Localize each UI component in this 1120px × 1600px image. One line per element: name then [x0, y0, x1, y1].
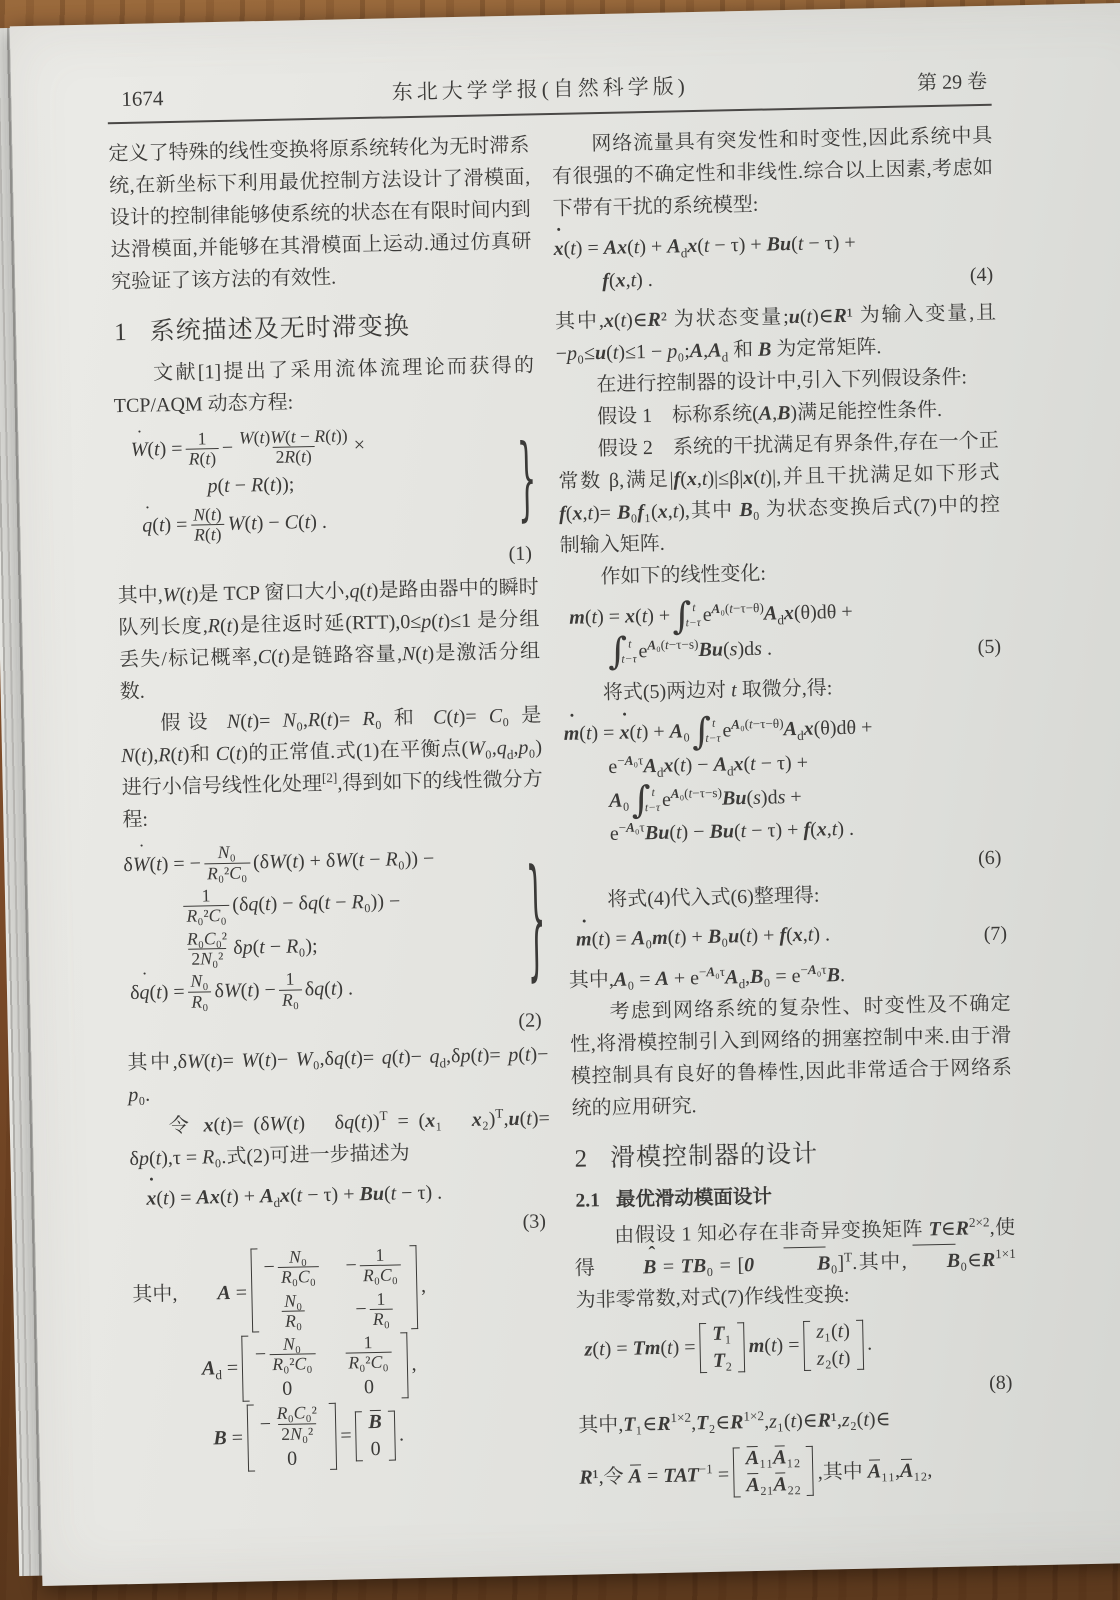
matrix-cell: 0 [287, 1447, 297, 1470]
equation-inline-matrix: R¹,令 A = TAT−1 = A₁₁A₁₂A₂₁A₂₂,其中 A₁₁,A₁₂… [579, 1438, 1021, 1503]
section-number: 2.1 [575, 1190, 600, 1212]
equation-line: m(t) = x(t) + ∫tt−τeA₀(t−τ−θ)Adx(θ)dθ + [569, 594, 1003, 634]
matrix-cell: T₁ [712, 1322, 732, 1345]
integral-sign: ∫tt−τ [631, 784, 660, 816]
two-column-body: 定义了特殊的线性变换将原系统转化为无时滞系统,在新坐标下利用最优控制方法设计了滑… [108, 120, 1021, 1519]
equation-line: W(t) = 1R(t) − W(t)W(t − R(t))2R(t) × [130, 423, 511, 471]
matrix: A₁₁A₁₂A₂₁A₂₂ [733, 1446, 815, 1498]
matrix-cell: A₁₁A₁₂ [746, 1446, 801, 1470]
page-number: 1674 [121, 86, 164, 112]
matrix: − N₀R₀C₀− 1R₀C₀N₀R₀− 1R₀ [250, 1245, 418, 1332]
equation-1: W(t) = 1R(t) − W(t)W(t − R(t))2R(t) ×p(t… [114, 419, 538, 574]
equation-line: z(t) = Tm(t) = T₁T₂m(t) = z₁(t)z₂(t). [584, 1316, 1018, 1375]
section-2-1-heading: 2.1最优滑动模面设计 [575, 1175, 1014, 1212]
fraction: 1R₀ [278, 970, 302, 1010]
matrix-cell: z₂(t) [817, 1347, 851, 1371]
paragraph: 令 x(t)= (δW(t) δq(t))T = (x₁ x₂)T,u(t)= … [129, 1102, 551, 1175]
matrix-cell: − 1R₀ [355, 1289, 396, 1330]
running-header: 1674 东北大学学报(自然科学版) 第 29 卷 [107, 64, 992, 125]
paragraph: 考虑到网络系统的复杂性、时变性及不确定性,将滑模控制引入到网络的拥塞控制中来.由… [569, 987, 1013, 1124]
section-title: 系统描述及无时滞变换 [149, 313, 410, 345]
equation-5: m(t) = x(t) + ∫tt−τeA₀(t−τ−θ)Adx(θ)dθ +∫… [561, 591, 1003, 672]
equation-line: ∫tt−τeA₀(t−τ−s)Bu(s)ds . [606, 628, 1004, 668]
scanned-journal-page: { "colors":{"paper":"#e5e5e1","ink":"#3b… [0, 0, 1120, 1600]
paragraph: 由假设 1 知必存在非奇异变换矩阵 T∈R2×2,使得 B = TB₀ = [0… [574, 1211, 1017, 1316]
equation-line: Ad = − N₀R₀²C₀1R₀²C₀00, [201, 1329, 555, 1403]
matrix-cell: − R₀C₀²2N₀² [259, 1403, 323, 1444]
paper-sheet: 1674 东北大学学报(自然科学版) 第 29 卷 定义了特殊的线性变换将原系统… [10, 2, 1120, 1586]
fraction: N₀R₀ [281, 1291, 306, 1331]
equation-line: δW(t) = − N₀R₀²C₀(δW(t) + δW(t − R₀)) − [123, 837, 520, 885]
matrix-cell: 1R₀²C₀ [342, 1332, 395, 1373]
equation-line: x(t) = Ax(t) + Adx(t − τ) + Bu(t − τ) + [553, 225, 995, 264]
fraction: 1R₀ [369, 1289, 393, 1329]
matrix-cell: − 1R₀C₀ [345, 1245, 404, 1286]
equation-line: f(x,t) . [602, 258, 996, 296]
fraction: 1R₀²C₀ [183, 886, 230, 927]
matrix-cell: 0 [282, 1378, 292, 1401]
fraction: W(t)W(t − R(t))2R(t) [236, 426, 351, 468]
right-column: 网络流量具有突发性和时变性,因此系统中具有很强的不确定性和非线性.综合以上因素,… [551, 120, 1021, 1510]
equation-line: 1R₀²C₀(δq(t) − δq(t − R₀)) − [180, 880, 521, 927]
equation-line: p(t − R(t)); [207, 466, 511, 502]
paragraph: 将式(5)两边对 t 取微分,得: [563, 669, 1005, 710]
fraction: 1R₀²C₀ [345, 1332, 392, 1373]
page-content: 1674 东北大学学报(自然科学版) 第 29 卷 定义了特殊的线性变换将原系统… [107, 64, 1021, 1519]
integral-sign: ∫tt−τ [692, 715, 721, 747]
paragraph-assumption-2: 假设 2 系统的干扰满足有界条件,存在一个正常数 β,满足|f(x,t)|≤β|… [557, 425, 1001, 562]
paragraph: 网络流量具有突发性和时变性,因此系统中具有很强的不确定性和非线性.综合以上因素,… [551, 120, 994, 225]
volume-label: 第 29 卷 [917, 65, 988, 95]
equation-line: e−A₀τBu(t) − Bu(t − τ) + f(x,t) . [610, 811, 1008, 849]
integral-sign: ∫tt−τ [672, 600, 701, 632]
paragraph: 将式(4)代入式(6)整理得: [567, 875, 1009, 916]
equation-line: 其中, A = − N₀R₀C₀− 1R₀C₀N₀R₀− 1R₀, [131, 1242, 554, 1334]
matrix-cell: 0 [364, 1376, 374, 1399]
integral-sign: ∫tt−τ [608, 636, 637, 668]
matrix: T₁T₂ [699, 1322, 745, 1373]
paragraph: 文献[1]提出了采用流体流理论而获得的 TCP/AQM 动态方程: [113, 349, 535, 422]
equation-8: z(t) = Tm(t) = T₁T₂m(t) = z₁(t)z₂(t).(8) [576, 1313, 1019, 1403]
fraction: 1R(t) [185, 429, 219, 469]
paragraph: 假设 N(t)= N₀,R(t)= R₀ 和 C(t)= C₀ 是 N(t),R… [120, 700, 544, 837]
equation-line: x(t) = Ax(t) + Adx(t − τ) + Bu(t − τ) . [146, 1175, 552, 1213]
equation-matrices: 其中, A = − N₀R₀C₀− 1R₀C₀N₀R₀− 1R₀,Ad = − … [131, 1239, 557, 1477]
section-title: 最优滑动模面设计 [616, 1185, 772, 1210]
section-number: 1 [114, 319, 128, 346]
equation-line: q(t) = N(t)R(t)W(t) − C(t) . [142, 499, 513, 546]
equation-line: e−A₀τAdx(t) − Adx(t − τ) + [608, 744, 1006, 782]
equation-3: x(t) = Ax(t) + Adx(t − τ) + Bu(t − τ) .(… [130, 1172, 552, 1242]
paragraph: 其中,W(t)是 TCP 窗口大小,q(t)是路由器中的瞬时队列长度,R(t)是… [117, 572, 541, 709]
section-2-heading: 2滑模控制器的设计 [574, 1129, 1014, 1174]
fraction: N(t)R(t) [190, 505, 225, 545]
fraction: N₀R₀²C₀ [204, 843, 251, 884]
paragraph: 其中,x(t)∈R² 为状态变量;u(t)∈R¹ 为输入变量,且 −p₀≤u(t… [555, 297, 997, 370]
equation-line: δq(t) = N₀R₀δW(t) − 1R₀δq(t) . [130, 965, 523, 1013]
matrix: B0 [355, 1410, 395, 1461]
matrix-cell: B [368, 1410, 382, 1433]
fraction: N₀R₀ [187, 972, 212, 1012]
section-title: 滑模控制器的设计 [610, 1140, 819, 1171]
fraction: 1R₀C₀ [359, 1246, 401, 1287]
equation-line: R₀C₀²2N₀²δp(t − R₀); [181, 923, 522, 970]
equation-line: A₀∫tt−τeA₀(t−τ−s)Bu(s)ds + [609, 777, 1007, 817]
equation-line: m(t) = x(t) + A₀∫tt−τeA₀(t−τ−θ)Adx(θ)dθ … [563, 710, 1005, 751]
section-number: 2 [574, 1145, 588, 1172]
paragraph-abstract-continuation: 定义了特殊的线性变换将原系统转化为无时滞系统,在新坐标下利用最优控制方法设计了滑… [108, 129, 532, 298]
journal-title: 东北大学学报(自然科学版) [391, 70, 689, 106]
fraction: R₀C₀²2N₀² [184, 929, 231, 970]
equation-6: m(t) = x(t) + A₀∫tt−τeA₀(t−τ−θ)Adx(θ)dθ … [563, 707, 1007, 879]
equation-7: m(t) = A₀m(t) + B₀u(t) + f(x,t) .(7) [568, 913, 1010, 958]
equation-4: x(t) = Ax(t) + Adx(t − τ) + Bu(t − τ) +f… [553, 222, 995, 300]
matrix: − R₀C₀²2N₀²0 [246, 1403, 337, 1472]
matrix: z₁(t)z₂(t) [803, 1319, 864, 1370]
paragraph: 其中,δW(t)= W(t)− W₀,δq(t)= q(t)− qd,δp(t)… [127, 1038, 549, 1111]
equation-number: (4) [970, 264, 994, 287]
right-brace: } [525, 844, 547, 997]
matrix-cell: − N₀R₀C₀ [263, 1247, 322, 1288]
equation-number: (5) [977, 636, 1001, 659]
equation-number: (7) [983, 922, 1007, 945]
right-brace: } [516, 427, 537, 533]
section-1-heading: 1系统描述及无时滞变换 [114, 303, 534, 348]
left-column: 定义了特殊的线性变换将原系统转化为无时滞系统,在新坐标下利用最优控制方法设计了滑… [108, 129, 558, 1518]
matrix-cell: 0 [370, 1437, 380, 1460]
matrix-cell: T₂ [713, 1349, 733, 1372]
equation-line: B = − R₀C₀²2N₀²0 = B0. [213, 1398, 557, 1472]
fraction: N₀R₀C₀ [277, 1247, 319, 1288]
matrix-cell: A₂₁A₂₂ [746, 1473, 801, 1497]
equation-2: δW(t) = − N₀R₀²C₀(δW(t) + δW(t − R₀)) −1… [123, 834, 548, 1042]
fraction: N₀R₀²C₀ [269, 1334, 316, 1375]
fraction: R₀C₀²2N₀² [274, 1403, 321, 1444]
matrix-cell: − N₀R₀²C₀ [254, 1334, 318, 1375]
matrix-cell: z₁(t) [816, 1320, 850, 1344]
equation-line: m(t) = A₀m(t) + B₀u(t) + f(x,t) . [576, 916, 1010, 955]
paragraph: 其中,T₁∈R1×2,T₂∈R1×2,z₁(t)∈R¹,z₂(t)∈ [578, 1400, 1020, 1441]
matrix-cell: N₀R₀ [278, 1291, 309, 1331]
equation-line: R¹,令 A = TAT−1 = A₁₁A₁₂A₂₁A₂₂,其中 A₁₁,A₁₂… [579, 1441, 1021, 1500]
matrix: − N₀R₀²C₀1R₀²C₀00 [241, 1332, 408, 1402]
